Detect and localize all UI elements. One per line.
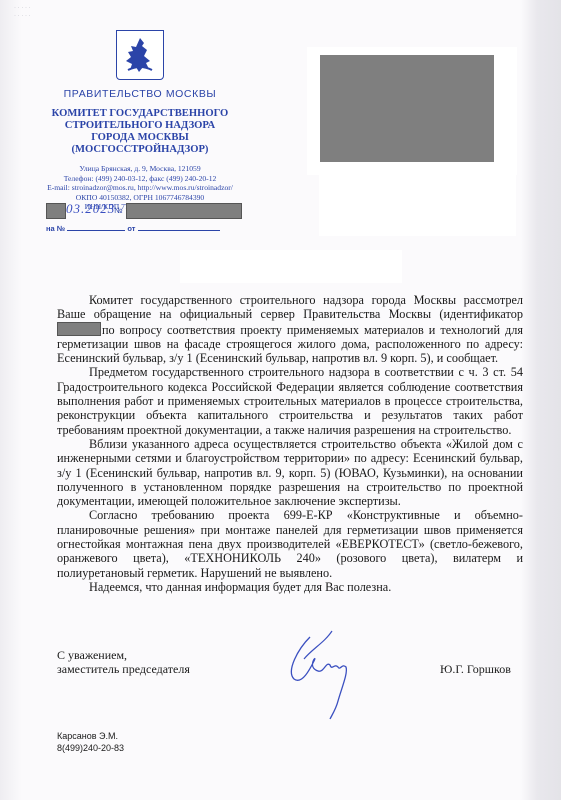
addressee-redaction	[320, 55, 494, 162]
signer-position: заместитель председателя	[57, 662, 190, 676]
signer-name: Ю.Г. Горшков	[440, 662, 511, 677]
ref-no-line	[67, 223, 125, 231]
body-paragraph: Предметом государственного строительного…	[57, 365, 523, 436]
closing-phrase: С уважением,	[57, 648, 190, 662]
committee-line: КОМИТЕТ ГОСУДАРСТВЕННОГО	[30, 108, 250, 120]
executor-info: Карсанов Э.М. 8(499)240-20-83	[57, 731, 124, 754]
body-paragraph: Надеемся, что данная информация будет дл…	[57, 580, 523, 594]
executor-name: Карсанов Э.М.	[57, 731, 124, 743]
ref-no-label: на №	[46, 224, 65, 233]
handwritten-signature-icon	[280, 627, 370, 727]
redaction-box	[46, 203, 66, 219]
okpo-line: ОКПО 40150382, ОГРН 1067746784390	[30, 193, 250, 203]
stamp-line: · · · · ·	[14, 12, 31, 20]
scan-edge-left	[0, 0, 22, 800]
committee-line: (МОСГОССТРОЙНАДЗОР)	[30, 144, 250, 156]
outgoing-registration-row: 03.2023 №	[46, 202, 241, 220]
paragraph-text: Комитет государственного строительного н…	[57, 293, 523, 321]
committee-name: КОМИТЕТ ГОСУДАРСТВЕННОГО СТРОИТЕЛЬНОГО Н…	[30, 108, 250, 156]
committee-line: СТРОИТЕЛЬНОГО НАДЗОРА	[30, 120, 250, 132]
outgoing-no-label: №	[114, 206, 123, 215]
ref-from-line	[138, 223, 220, 231]
identifier-redaction	[57, 322, 101, 336]
ref-from-label: от	[127, 224, 135, 233]
handwritten-date: 03.2023	[66, 201, 115, 217]
phone-line: Телефон: (499) 240-03-12, факс (499) 240…	[30, 174, 250, 184]
scan-edge-right	[521, 0, 561, 800]
signature-block: С уважением, заместитель председателя	[57, 648, 190, 676]
body-paragraph: Согласно требованию проекта 699-Е-КР «Ко…	[57, 508, 523, 579]
redaction-box	[126, 203, 242, 219]
reference-row: на № от	[46, 223, 220, 233]
moscow-coat-of-arms-icon	[116, 30, 164, 80]
corner-registration-stamp: · · · · · · · · · ·	[14, 4, 31, 20]
address-line: Улица Брянская, д. 9, Москва, 121059	[30, 164, 250, 174]
stamp-line: · · · · ·	[14, 4, 31, 12]
addressee-mask	[319, 168, 516, 236]
letterhead: ПРАВИТЕЛЬСТВО МОСКВЫ КОМИТЕТ ГОСУДАРСТВЕ…	[30, 30, 250, 212]
executor-phone: 8(499)240-20-83	[57, 743, 124, 755]
body-paragraph: Вблизи указанного адреса осуществляется …	[57, 437, 523, 508]
committee-line: ГОРОДА МОСКВЫ	[30, 132, 250, 144]
letter-body: Комитет государственного строительного н…	[57, 293, 523, 594]
government-name: ПРАВИТЕЛЬСТВО МОСКВЫ	[30, 88, 250, 100]
body-paragraph: Комитет государственного строительного н…	[57, 293, 523, 365]
paragraph-text: по вопросу соответствия проекту применяе…	[57, 323, 523, 366]
email-line: E-mail: stroinadzor@mos.ru, http://www.m…	[30, 183, 250, 193]
salutation-mask	[180, 250, 402, 283]
